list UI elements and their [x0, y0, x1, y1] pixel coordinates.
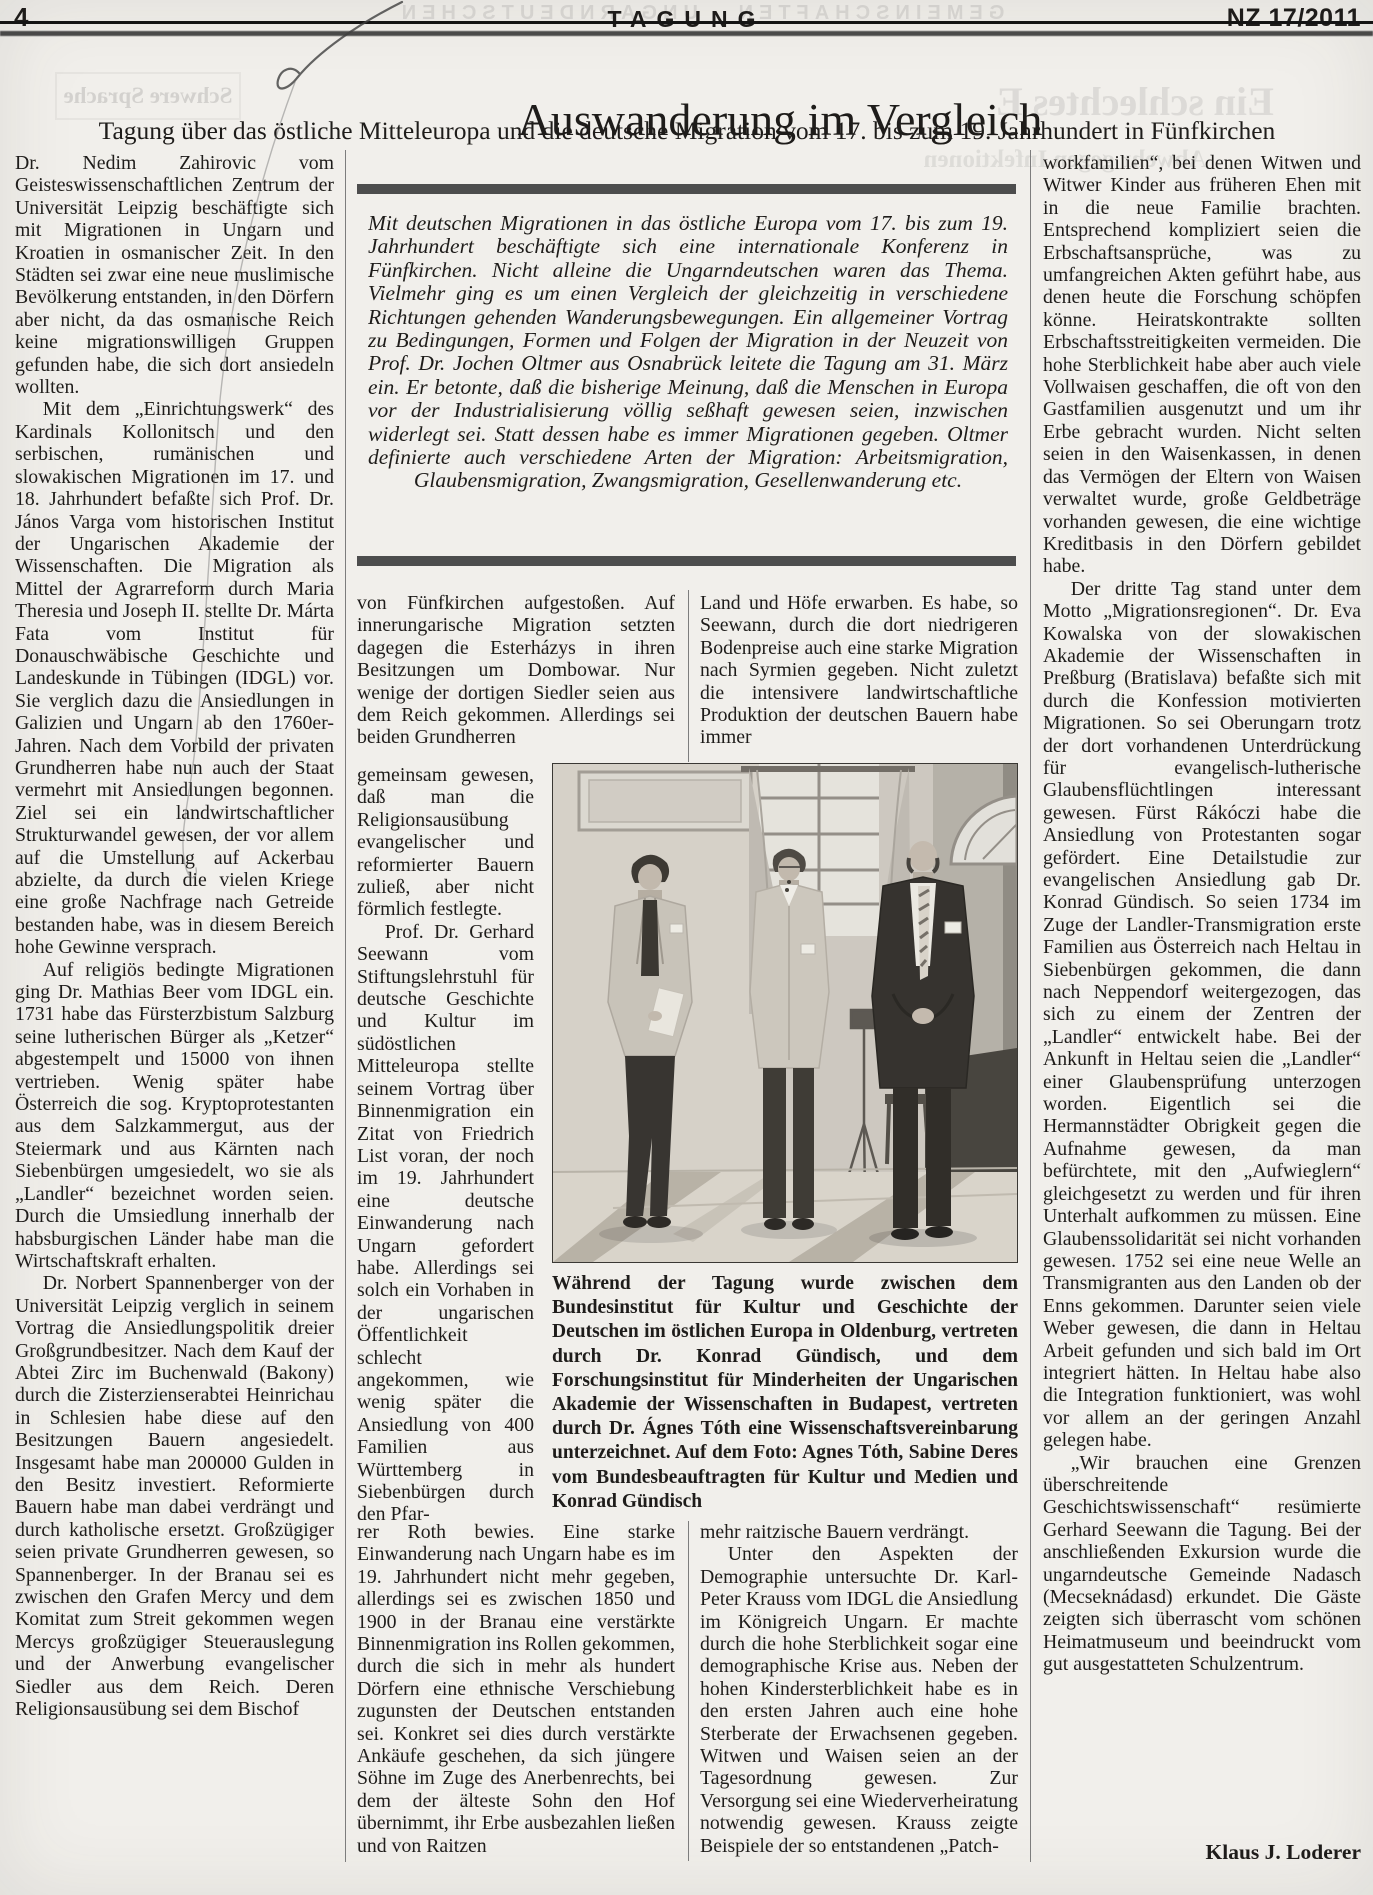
lead-rule-top — [357, 184, 1016, 194]
author-byline: Klaus J. Loderer — [1043, 1840, 1361, 1865]
paragraph: Land und Höfe erwarben. Es habe, so Seew… — [700, 592, 1018, 749]
issue-number: NZ 17/2011 — [1227, 4, 1361, 33]
paragraph: Dr. Nedim Zahirovic vom Geisteswissensch… — [15, 152, 334, 398]
paragraph: gemeinsam gewesen, daß man die Religions… — [357, 764, 534, 921]
paragraph: rer Roth bewies. Eine starke Einwanderun… — [357, 1521, 675, 1857]
paragraph: Mit dem „Einrichtungswerk“ des Kardinals… — [15, 398, 334, 958]
newspaper-page: GEMEINSCHAFTEN UNGARNDEUTSCHEN Ein schle… — [0, 0, 1373, 1895]
column-rule — [345, 150, 346, 1862]
bleedthrough-box: Schwere Sprache — [55, 72, 241, 120]
conference-photo — [552, 763, 1018, 1263]
column-1: Dr. Nedim Zahirovic vom Geisteswissensch… — [15, 152, 334, 1868]
paragraph: Der dritte Tag stand unter dem Motto „Mi… — [1043, 578, 1361, 1452]
section-title: TAGUNG — [0, 6, 1373, 33]
article-subhead: Tagung über das östliche Mitteleuropa un… — [14, 116, 1360, 146]
column-3-above-photo: Land und Höfe erwarben. Es habe, so Seew… — [700, 592, 1018, 764]
paragraph: von Fünfkirchen aufgestoßen. Auf innerun… — [357, 592, 675, 749]
column-2-above-photo: von Fünfkirchen aufgestoßen. Auf innerun… — [357, 592, 675, 764]
paragraph: Prof. Dr. Gerhard Seewann vom Stiftungsl… — [357, 921, 534, 1522]
paragraph: Auf religiös bedingte Migrationen ging D… — [15, 959, 334, 1273]
lead-paragraph: Mit deutschen Migrationen in das östlich… — [368, 212, 1008, 546]
paragraph: Unter den Aspekten der Demographie unter… — [700, 1543, 1018, 1857]
paragraph: Dr. Norbert Spannenberger von der Univer… — [15, 1272, 334, 1720]
paragraph: „Wir brauchen eine Grenzen überschreiten… — [1043, 1452, 1361, 1676]
header-rule-2 — [0, 31, 1373, 36]
paragraph: workfamilien“, bei denen Witwen und Witw… — [1043, 152, 1361, 578]
header-rule — [0, 21, 1373, 24]
lead-rule-bottom — [357, 556, 1016, 566]
column-2-beside-photo: gemeinsam gewesen, daß man die Religions… — [357, 764, 534, 1522]
column-2-below-photo: rer Roth bewies. Eine starke Einwanderun… — [357, 1521, 675, 1869]
column-4: workfamilien“, bei denen Witwen und Witw… — [1043, 152, 1361, 1836]
column-rule — [688, 590, 689, 762]
paragraph: mehr raitzische Bauern verdrängt. — [700, 1521, 1018, 1543]
column-rule — [688, 1521, 689, 1861]
photo-illustration — [553, 764, 1017, 1262]
photo-caption: Während der Tagung wurde zwischen dem Bu… — [552, 1272, 1018, 1518]
column-rule — [1030, 150, 1031, 1862]
column-3-below-photo: mehr raitzische Bauern verdrängt.Unter d… — [700, 1521, 1018, 1881]
